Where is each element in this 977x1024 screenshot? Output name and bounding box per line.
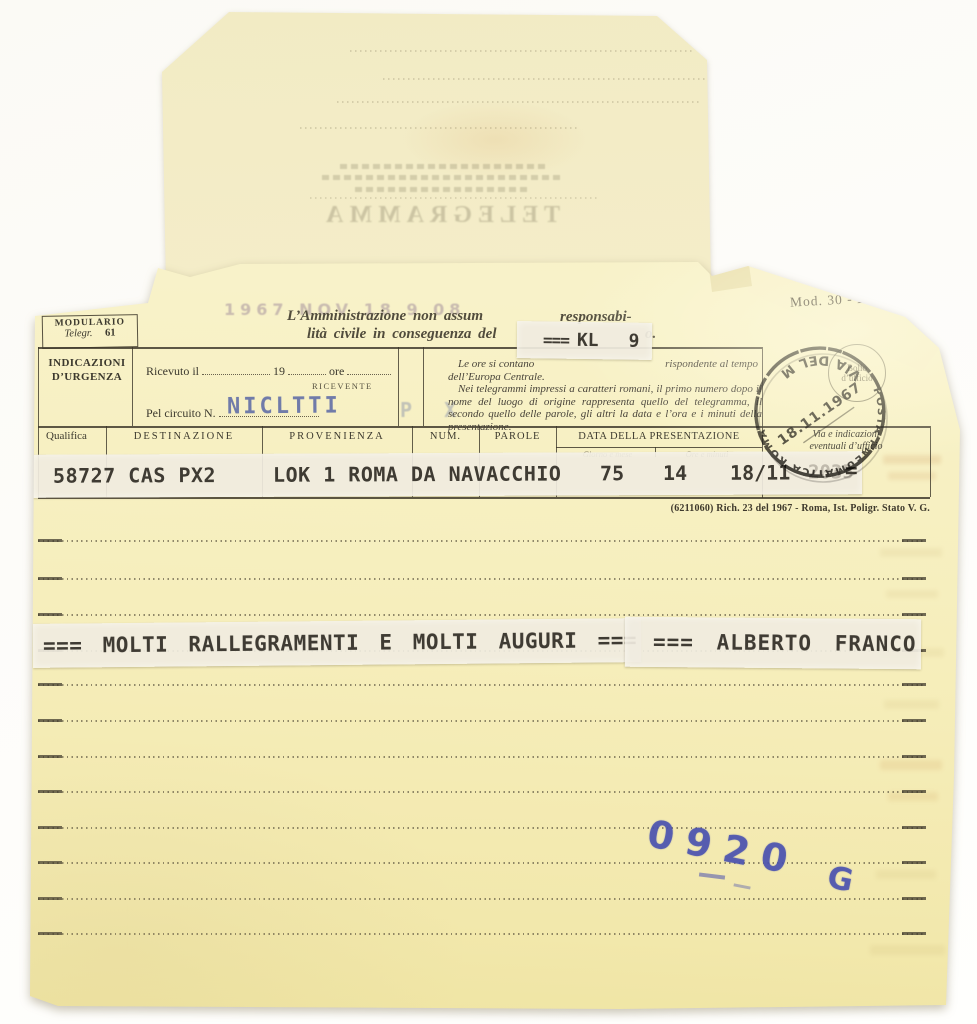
notes-paragraph: Le ore si contano rispondente al tempo d…: [448, 358, 762, 434]
notes-line1-start: Le ore si contano: [458, 358, 534, 371]
svg-text:VIA DEL M: VIA DEL M: [776, 350, 865, 385]
routing-num: 75: [600, 461, 624, 485]
circuit-extra-stamp: P X: [400, 398, 466, 422]
year-prefix: 19: [273, 364, 285, 378]
col-data: DATA DELLA PRESENTAZIONE: [556, 431, 762, 442]
col-via-line2: eventuali d’ufficio: [762, 441, 930, 453]
hour-field: [347, 363, 391, 375]
modulario-subtitle: Telegr.: [64, 328, 92, 339]
routing-date: 18/11: [730, 461, 790, 485]
receiver-label: RICEVENTE: [312, 381, 373, 391]
control-stamp-dash2: [733, 883, 750, 889]
bollo-ufficio-circle: Bollo d’ufficio: [828, 344, 886, 402]
mod-edition-label: Mod. 30 - Ediz.: [790, 289, 891, 310]
telegram-sheet: Mod. 30 - Ediz. MODULARIO Telegr. 61 196…: [0, 0, 977, 1024]
torn-corner: [0, 0, 977, 1024]
urgency-label-line1: INDICAZIONI: [44, 356, 130, 370]
postmark-ring-text: POSTA PNEUMATICA ROMA: [754, 386, 889, 482]
paper-fold: [0, 0, 977, 1024]
routing-end-mark: =: [845, 458, 858, 482]
kl-strip-marks: ===: [543, 330, 569, 349]
message-strip-2: === ALBERTO FRANCO: [625, 617, 921, 670]
modulario-number: 61: [105, 328, 116, 339]
notes-paragraph2: Nei telegrammi impressi a caratteri roma…: [448, 383, 762, 433]
col-via: Via e indicazioni eventuali d’ufficio: [762, 429, 930, 452]
notes-line1-end: rispondente al tempo: [665, 358, 758, 371]
svg-text:POSTA PNEUMATICA ROMA: POSTA PNEUMATICA ROMA: [754, 386, 889, 482]
postmark-ring-doublestrike: [757, 352, 889, 484]
message-text-2: === ALBERTO FRANCO: [653, 630, 917, 656]
modulario-box: MODULARIO Telegr. 61: [42, 314, 139, 349]
modulario-title: MODULARIO: [43, 317, 137, 329]
received-date-field: [202, 363, 270, 375]
notes-line2: dell’Europa Centrale.: [448, 371, 762, 384]
hour-label: ore: [329, 364, 344, 378]
routing-strip: 58727 CAS PX2 LOK 1 ROMA DA NAVACCHIO 75…: [33, 451, 862, 498]
control-digits: 0920: [644, 811, 803, 884]
disclaimer-l2a: lità civile in conseguenza del: [307, 326, 497, 343]
message-strip-1: === MOLTI RALLEGRAMENTI E MOLTI AUGURI =…: [33, 618, 641, 668]
col-sub-giorno: Giorno e mese: [560, 449, 655, 459]
routing-time-faint: 2035: [808, 461, 854, 483]
col-destinazione: DESTINAZIONE: [106, 431, 262, 442]
kl-strip-number: 9: [628, 331, 639, 352]
control-letter: G: [824, 859, 856, 899]
circuit-value-stamp: NICLTTI: [227, 394, 341, 420]
year-field: [288, 363, 326, 375]
col-qualifica: Qualifica: [46, 430, 87, 442]
postmark-ring: [754, 346, 886, 478]
circuit-line: Pel circuito N.: [146, 405, 319, 421]
kl-strip-code: KL: [577, 330, 599, 351]
col-parole: PAROLE: [479, 431, 556, 442]
postmark-date: 18.11.1967: [775, 379, 865, 449]
routing-origin: LOK 1 ROMA DA NAVACCHIO: [273, 462, 562, 487]
col-provenienza: PROVENIENZA: [262, 431, 412, 442]
postmark-stamp: POSTA PNEUMATICA ROMA VIA DEL M 18.11.19…: [745, 333, 900, 498]
routing-destination: 58727 CAS PX2: [53, 463, 216, 488]
circuit-field: [219, 405, 319, 417]
routing-parole: 14: [663, 461, 687, 485]
postmark-ring-text-top: VIA DEL M: [776, 350, 865, 385]
kl-strip: === KL 9: [517, 321, 653, 360]
bollo-line1: Bollo: [847, 363, 867, 374]
bollo-line2: d’ufficio: [841, 373, 872, 384]
disclaimer-l1a: L’Amministrazione non assum: [287, 308, 483, 325]
received-label: Ricevuto il: [146, 364, 199, 378]
col-num: NUM.: [412, 431, 479, 442]
received-line: Ricevuto il 19 ore: [146, 363, 391, 379]
urgency-label-line2: D’URGENZA: [44, 370, 130, 384]
control-stamp-dash: [699, 872, 725, 879]
telegram-photo: TELEGRAMMA Mod. 30 - Ediz. MODULARIO T: [0, 0, 977, 1024]
arrival-date-stamp: 1967 NOV 18 9 08: [224, 300, 465, 319]
col-via-line1: Via e indicazioni: [762, 429, 930, 441]
urgency-label: INDICAZIONI D’URGENZA: [44, 356, 130, 384]
control-number-stamp: 0920 G: [644, 811, 868, 896]
col-sub-ore: Ore e minuti: [657, 449, 757, 459]
circuit-label: Pel circuito N.: [146, 406, 216, 420]
message-text-1: === MOLTI RALLEGRAMENTI E MOLTI AUGURI =…: [43, 628, 637, 658]
print-reference: (6211060) Rich. 23 del 1967 - Roma, Ist.…: [590, 503, 930, 514]
